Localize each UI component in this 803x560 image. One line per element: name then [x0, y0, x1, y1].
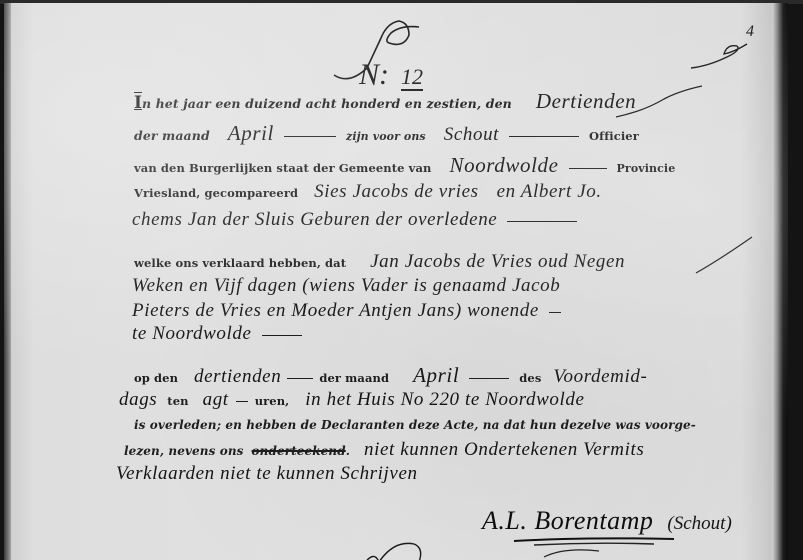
handwritten-month: April: [228, 121, 274, 145]
record-number-value: 12: [401, 64, 423, 91]
blank-line: [507, 221, 577, 222]
printed-text: Vriesland, gecompareerd: [134, 186, 298, 200]
record-line-10: op den dertienden der maand April des Vo…: [134, 363, 647, 388]
handwritten-official-title: Schout: [444, 124, 499, 145]
handwritten-age-father: Weken en Vijf dagen (wiens Vader is gena…: [132, 275, 560, 296]
printed-text: op den: [134, 371, 178, 385]
record-line-6: welke ons verklaard hebben, dat Jan Jaco…: [134, 251, 625, 273]
blank-line: [262, 335, 302, 336]
handwritten-declarant-2: en Albert Jo.: [497, 181, 602, 202]
printed-text: uren,: [255, 394, 290, 408]
register-page: 4 N: 12 In het jaar een duizend acht hon…: [4, 3, 788, 560]
page-bottom-flourish-icon: [359, 536, 429, 560]
scanned-document: 4 N: 12 In het jaar een duizend acht hon…: [0, 0, 803, 560]
page-number-flourish-icon: [689, 38, 749, 73]
printed-text: n het jaar een duizend acht honderd en z…: [142, 96, 512, 111]
printed-text: der maand: [134, 128, 210, 143]
handwritten-death-day: dertienden: [194, 366, 281, 387]
handwritten-hour: agt: [203, 389, 229, 410]
blank-line: [469, 378, 509, 379]
handwritten-residence: te Noordwolde: [132, 323, 252, 344]
record-line-9: te Noordwolde: [132, 323, 308, 345]
printed-text: is overleden; en hebben de Declaranten d…: [134, 418, 696, 432]
signature-role: (Schout): [667, 513, 731, 534]
record-line-1: In het jaar een duizend acht honderd en …: [134, 89, 636, 114]
printed-text: Provincie: [617, 162, 676, 175]
blank-line: [549, 312, 561, 313]
page-binding-shadow: [4, 3, 11, 560]
record-line-12: is overleden; en hebben de Declaranten d…: [134, 416, 696, 434]
blank-line: [569, 168, 607, 169]
blank-line: [509, 136, 579, 137]
record-line-11: dags ten agt uren, in het Huis No 220 te…: [119, 389, 585, 411]
record-line-7: Weken en Vijf dagen (wiens Vader is gena…: [132, 275, 560, 297]
printed-text: welke ons verklaard hebben, dat: [134, 256, 346, 270]
handwritten-signing-note-cont: Verklaarden niet te kunnen Schrijven: [116, 463, 418, 484]
signature-underline-flourish-icon: [504, 533, 704, 560]
printed-text: zijn voor ons: [346, 130, 426, 143]
printed-text: Officier: [589, 129, 639, 143]
handwritten-death-place: in het Huis No 220 te Noordwolde: [305, 389, 584, 410]
handwritten-time-of-day: Voordemid-: [553, 366, 647, 387]
printed-text: .: [346, 444, 350, 458]
handwritten-time-of-day-cont: dags: [119, 389, 157, 410]
line-flourish-icon: [694, 235, 754, 275]
handwritten-declarant-relation: chems Jan der Sluis Geburen der overlede…: [132, 209, 497, 230]
struck-printed-text: onderteekend: [252, 444, 346, 458]
handwritten-signing-note: niet kunnen Ondertekenen Vermits: [364, 439, 644, 460]
record-line-13: lezen, nevens ons onderteekend. niet kun…: [124, 439, 644, 461]
page-right-edge-shadow: [772, 3, 788, 560]
record-line-2: der maand April zijn voor ons Schout Off…: [134, 121, 639, 146]
printed-text: van den Burgerlijken staat der Gemeente …: [134, 161, 431, 175]
record-line-8: Pieters de Vries en Moeder Antjen Jans) …: [132, 300, 567, 322]
blank-line: [236, 401, 248, 402]
decorated-initial: I: [134, 93, 142, 113]
record-line-3: van den Burgerlijken staat der Gemeente …: [134, 153, 675, 178]
record-number: N: 12: [359, 58, 423, 92]
record-line-4: Vriesland, gecompareerd Sies Jacobs de v…: [134, 181, 602, 203]
handwritten-declarant-1: Sies Jacobs de vries: [314, 181, 478, 202]
blank-line: [284, 136, 336, 137]
day-flourish-icon: [614, 81, 704, 121]
handwritten-parents: Pieters de Vries en Moeder Antjen Jans) …: [132, 300, 539, 321]
handwritten-death-month: April: [413, 363, 459, 387]
record-number-label: N:: [359, 58, 389, 91]
printed-text: des: [519, 371, 541, 385]
printed-text: der maand: [319, 371, 389, 385]
handwritten-deceased: Jan Jacobs de Vries oud Negen: [370, 251, 625, 272]
printed-text: lezen, nevens ons: [124, 444, 244, 458]
record-line-14: Verklaarden niet te kunnen Schrijven: [116, 463, 418, 485]
official-signature: A.L. Borentamp (Schout): [482, 506, 732, 536]
printed-text: ten: [167, 394, 188, 408]
signature-name: A.L. Borentamp: [482, 506, 653, 535]
handwritten-municipality: Noordwolde: [449, 153, 558, 177]
record-line-5: chems Jan der Sluis Geburen der overlede…: [132, 209, 583, 231]
blank-line: [287, 378, 313, 379]
